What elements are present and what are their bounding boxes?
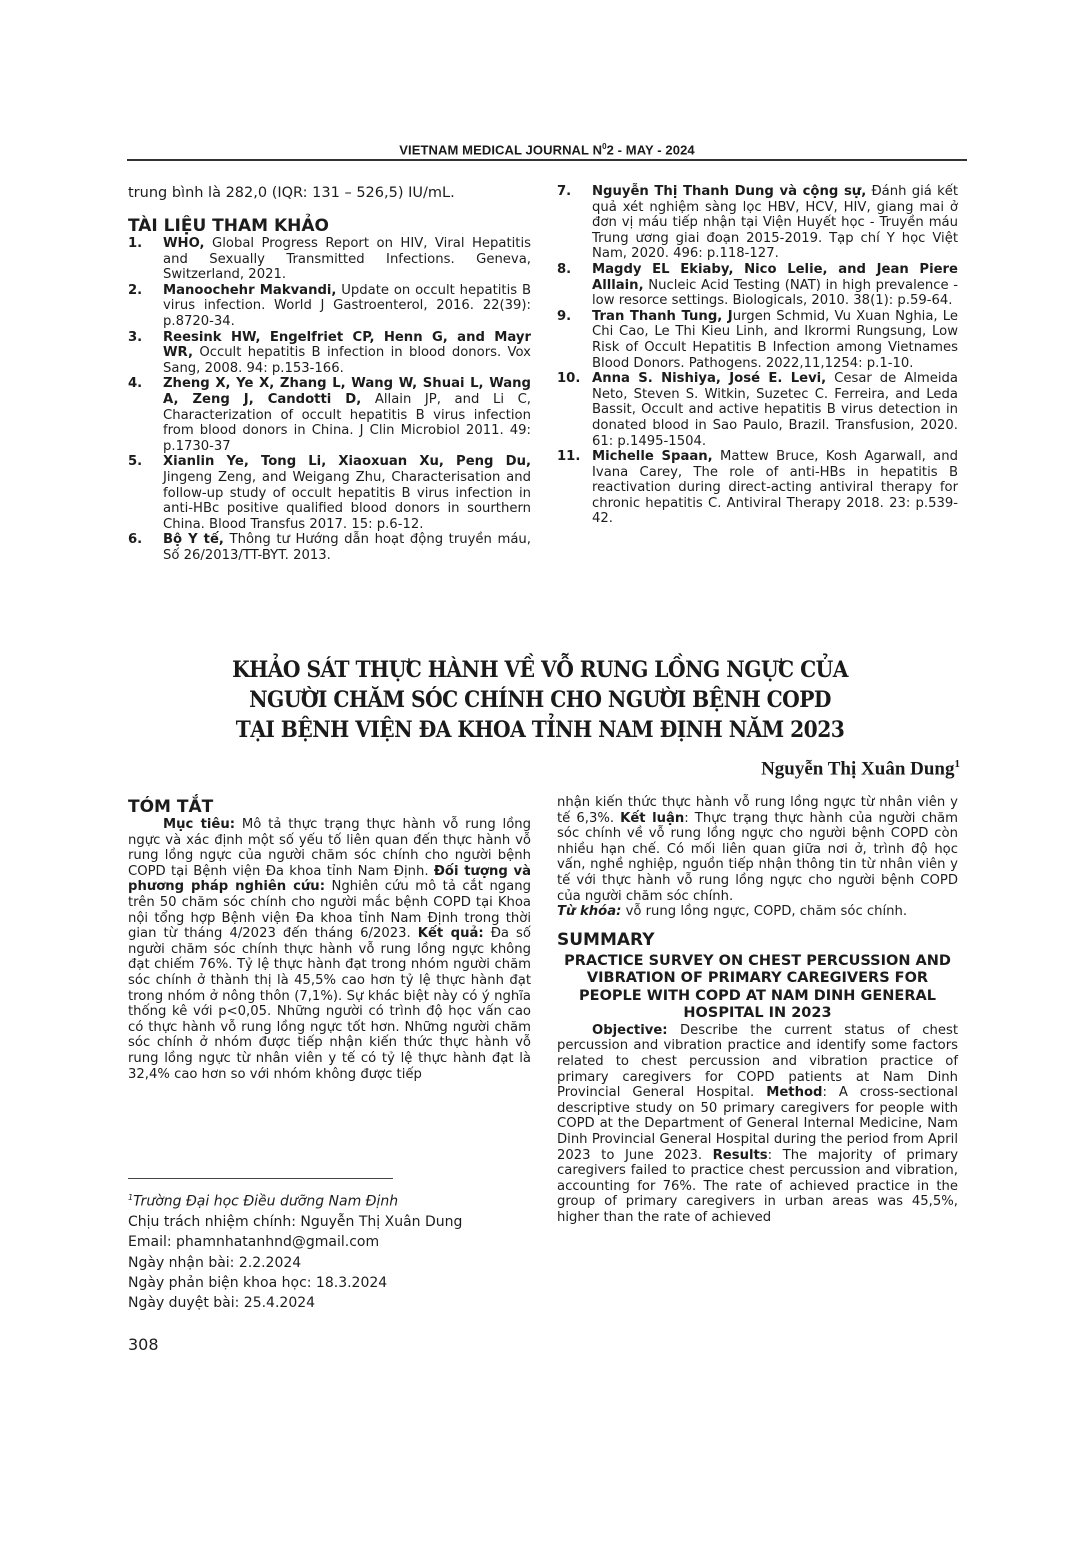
- footnote-received-date: Ngày nhận bài: 2.2.2024: [128, 1253, 538, 1273]
- objective-label-en: Objective:: [592, 1023, 668, 1038]
- article-title-line: KHẢO SÁT THỰC HÀNH VỀ VỖ RUNG LỒNG NGỰC …: [172, 655, 908, 685]
- footnote-reviewed-date: Ngày phản biện khoa học: 18.3.2024: [128, 1273, 538, 1293]
- footnote-responsible-author: Chịu trách nhiệm chính: Nguyễn Thị Xuân …: [128, 1212, 538, 1232]
- reference-item: 1.WHO, Global Progress Report on HIV, Vi…: [128, 236, 531, 283]
- right-column-references: 7.Nguyễn Thị Thanh Dung và cộng sự, Đánh…: [557, 184, 958, 527]
- footnote-divider: [128, 1178, 393, 1179]
- abstract-vi-paragraph: Mục tiêu: Mô tả thực trạng thực hành vỗ …: [128, 817, 531, 1082]
- reference-item: 8.Magdy EL Ekiaby, Nico Lelie, and Jean …: [557, 262, 958, 309]
- journal-issue-date: 2 - MAY - 2024: [607, 142, 695, 157]
- reference-item: 3.Reesink HW, Engelfriet CP, Henn G, and…: [128, 330, 531, 377]
- summary-heading: SUMMARY: [557, 930, 958, 950]
- keywords-label-vi: Từ khóa:: [557, 904, 621, 919]
- conclusion-label-vi: Kết luận: [620, 811, 684, 826]
- english-title: PRACTICE SURVEY ON CHEST PERCUSSION AND …: [557, 953, 958, 1023]
- reference-list: 1.WHO, Global Progress Report on HIV, Vi…: [128, 236, 531, 563]
- objective-label-vi: Mục tiêu:: [163, 817, 235, 832]
- reference-item: 11.Michelle Spaan, Mattew Bruce, Kosh Ag…: [557, 449, 958, 527]
- author-affiliation-sup: 1: [955, 758, 961, 770]
- abstract-vi-continued: nhận kiến thức thực hành vỗ rung lồng ng…: [557, 795, 958, 920]
- running-header: VIETNAM MEDICAL JOURNAL N02 - MAY - 2024: [127, 142, 967, 157]
- previous-article-trailing-text: trung bình là 282,0 (IQR: 131 – 526,5) I…: [128, 184, 531, 202]
- reference-item: 2.Manoochehr Makvandi, Update on occult …: [128, 283, 531, 330]
- author-name: Nguyễn Thị Xuân Dung: [761, 758, 954, 779]
- journal-name: VIETNAM MEDICAL JOURNAL N: [399, 142, 602, 157]
- article-title-line: NGƯỜI CHĂM SÓC CHÍNH CHO NGƯỜI BỆNH COPD: [172, 685, 908, 715]
- page-number: 308: [128, 1335, 159, 1354]
- references-heading: TÀI LIỆU THAM KHẢO: [128, 216, 531, 236]
- author-byline: Nguyễn Thị Xuân Dung1: [761, 758, 960, 780]
- article-title: KHẢO SÁT THỰC HÀNH VỀ VỖ RUNG LỒNG NGỰC …: [172, 655, 908, 745]
- article-title-line: TẠI BỆNH VIỆN ĐA KHOA TỈNH NAM ĐỊNH NĂM …: [172, 715, 908, 745]
- header-rule: [127, 159, 967, 161]
- method-label-en: Method: [766, 1085, 822, 1100]
- footnote-accepted-date: Ngày duyệt bài: 25.4.2024: [128, 1293, 538, 1313]
- reference-item: 10.Anna S. Nishiya, José E. Levi, Cesar …: [557, 371, 958, 449]
- reference-item: 6.Bộ Y tế, Thông tư Hướng dẫn hoạt động …: [128, 532, 531, 563]
- left-column-references: trung bình là 282,0 (IQR: 131 – 526,5) I…: [128, 184, 531, 563]
- abstract-vietnamese: TÓM TẮT Mục tiêu: Mô tả thực trạng thực …: [128, 797, 531, 1082]
- abstract-heading-vi: TÓM TẮT: [128, 797, 531, 817]
- results-label-en: Results: [713, 1148, 768, 1163]
- footnotes: 1Trường Đại học Điều dưỡng Nam Định Chịu…: [128, 1188, 538, 1313]
- reference-item: 9.Tran Thanh Tung, Jurgen Schmid, Vu Xua…: [557, 309, 958, 371]
- keywords-vi: vỗ rung lồng ngực, COPD, chăm sóc chính.: [621, 904, 907, 919]
- reference-list-continued: 7.Nguyễn Thị Thanh Dung và cộng sự, Đánh…: [557, 184, 958, 527]
- footnote-email[interactable]: Email: phamnhatanhnd@gmail.com: [128, 1232, 538, 1252]
- reference-item: 4.Zheng X, Ye X, Zhang L, Wang W, Shuai …: [128, 376, 531, 454]
- journal-page: VIETNAM MEDICAL JOURNAL N02 - MAY - 2024…: [0, 0, 1090, 1541]
- reference-item: 7.Nguyễn Thị Thanh Dung và cộng sự, Đánh…: [557, 184, 958, 262]
- abstract-continued-and-summary: nhận kiến thức thực hành vỗ rung lồng ng…: [557, 795, 958, 1225]
- reference-item: 5.Xianlin Ye, Tong Li, Xiaoxuan Xu, Peng…: [128, 454, 531, 532]
- footnote-affiliation: 1Trường Đại học Điều dưỡng Nam Định: [128, 1188, 538, 1212]
- abstract-en-paragraph: Objective: Describe the current status o…: [557, 1023, 958, 1226]
- results-label-vi: Kết quả:: [418, 926, 484, 941]
